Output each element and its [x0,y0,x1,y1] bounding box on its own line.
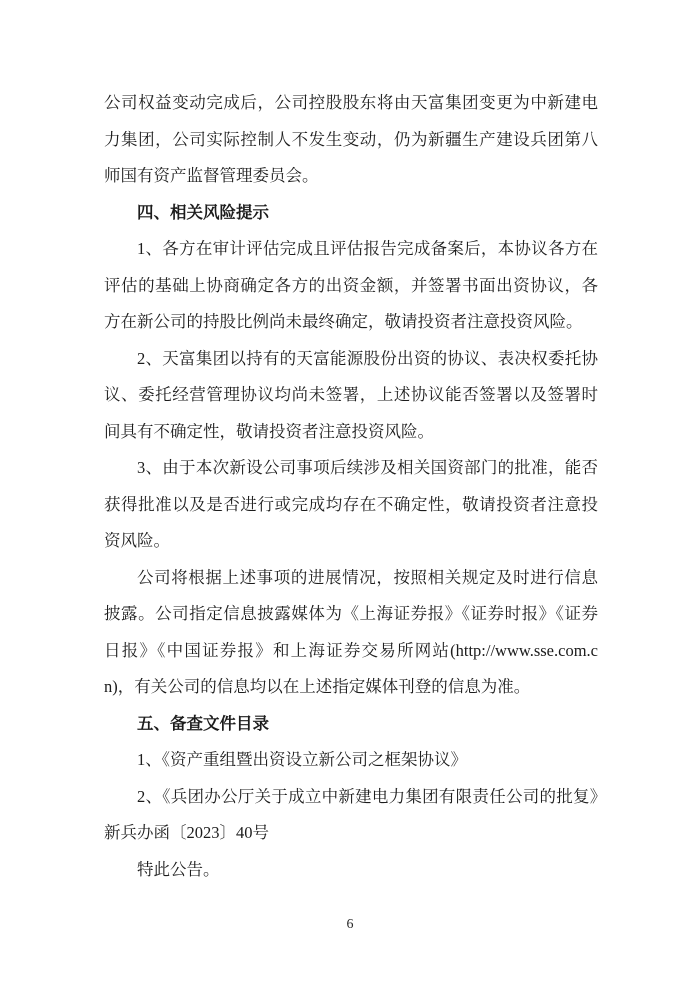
reference-document-item-2: 2、《兵团办公厅关于成立中新建电力集团有限责任公司的批复》新兵办函〔2023〕4… [104,779,598,852]
section-heading-risk-notice: 四、相关风险提示 [104,195,598,232]
risk-item-2: 2、天富集团以持有的天富能源股份出资的协议、表决权委托协议、委托经营管理协议均尚… [104,341,598,451]
document-page: 公司权益变动完成后，公司控股股东将由天富集团变更为中新建电力集团，公司实际控制人… [0,0,700,990]
risk-item-1: 1、各方在审计评估完成且评估报告完成备案后，本协议各方在评估的基础上协商确定各方… [104,231,598,341]
reference-document-item-1: 1、《资产重组暨出资设立新公司之框架协议》 [104,742,598,779]
closing-statement: 特此公告。 [104,852,598,889]
document-body: 公司权益变动完成后，公司控股股东将由天富集团变更为中新建电力集团，公司实际控制人… [104,85,598,888]
paragraph-equity-change-continuation: 公司权益变动完成后，公司控股股东将由天富集团变更为中新建电力集团，公司实际控制人… [104,85,598,195]
section-heading-reference-documents: 五、备查文件目录 [104,706,598,743]
risk-item-3: 3、由于本次新设公司事项后续涉及相关国资部门的批准，能否获得批准以及是否进行或完… [104,450,598,560]
page-number: 6 [0,916,700,934]
disclosure-media-paragraph: 公司将根据上述事项的进展情况，按照相关规定及时进行信息披露。公司指定信息披露媒体… [104,560,598,706]
